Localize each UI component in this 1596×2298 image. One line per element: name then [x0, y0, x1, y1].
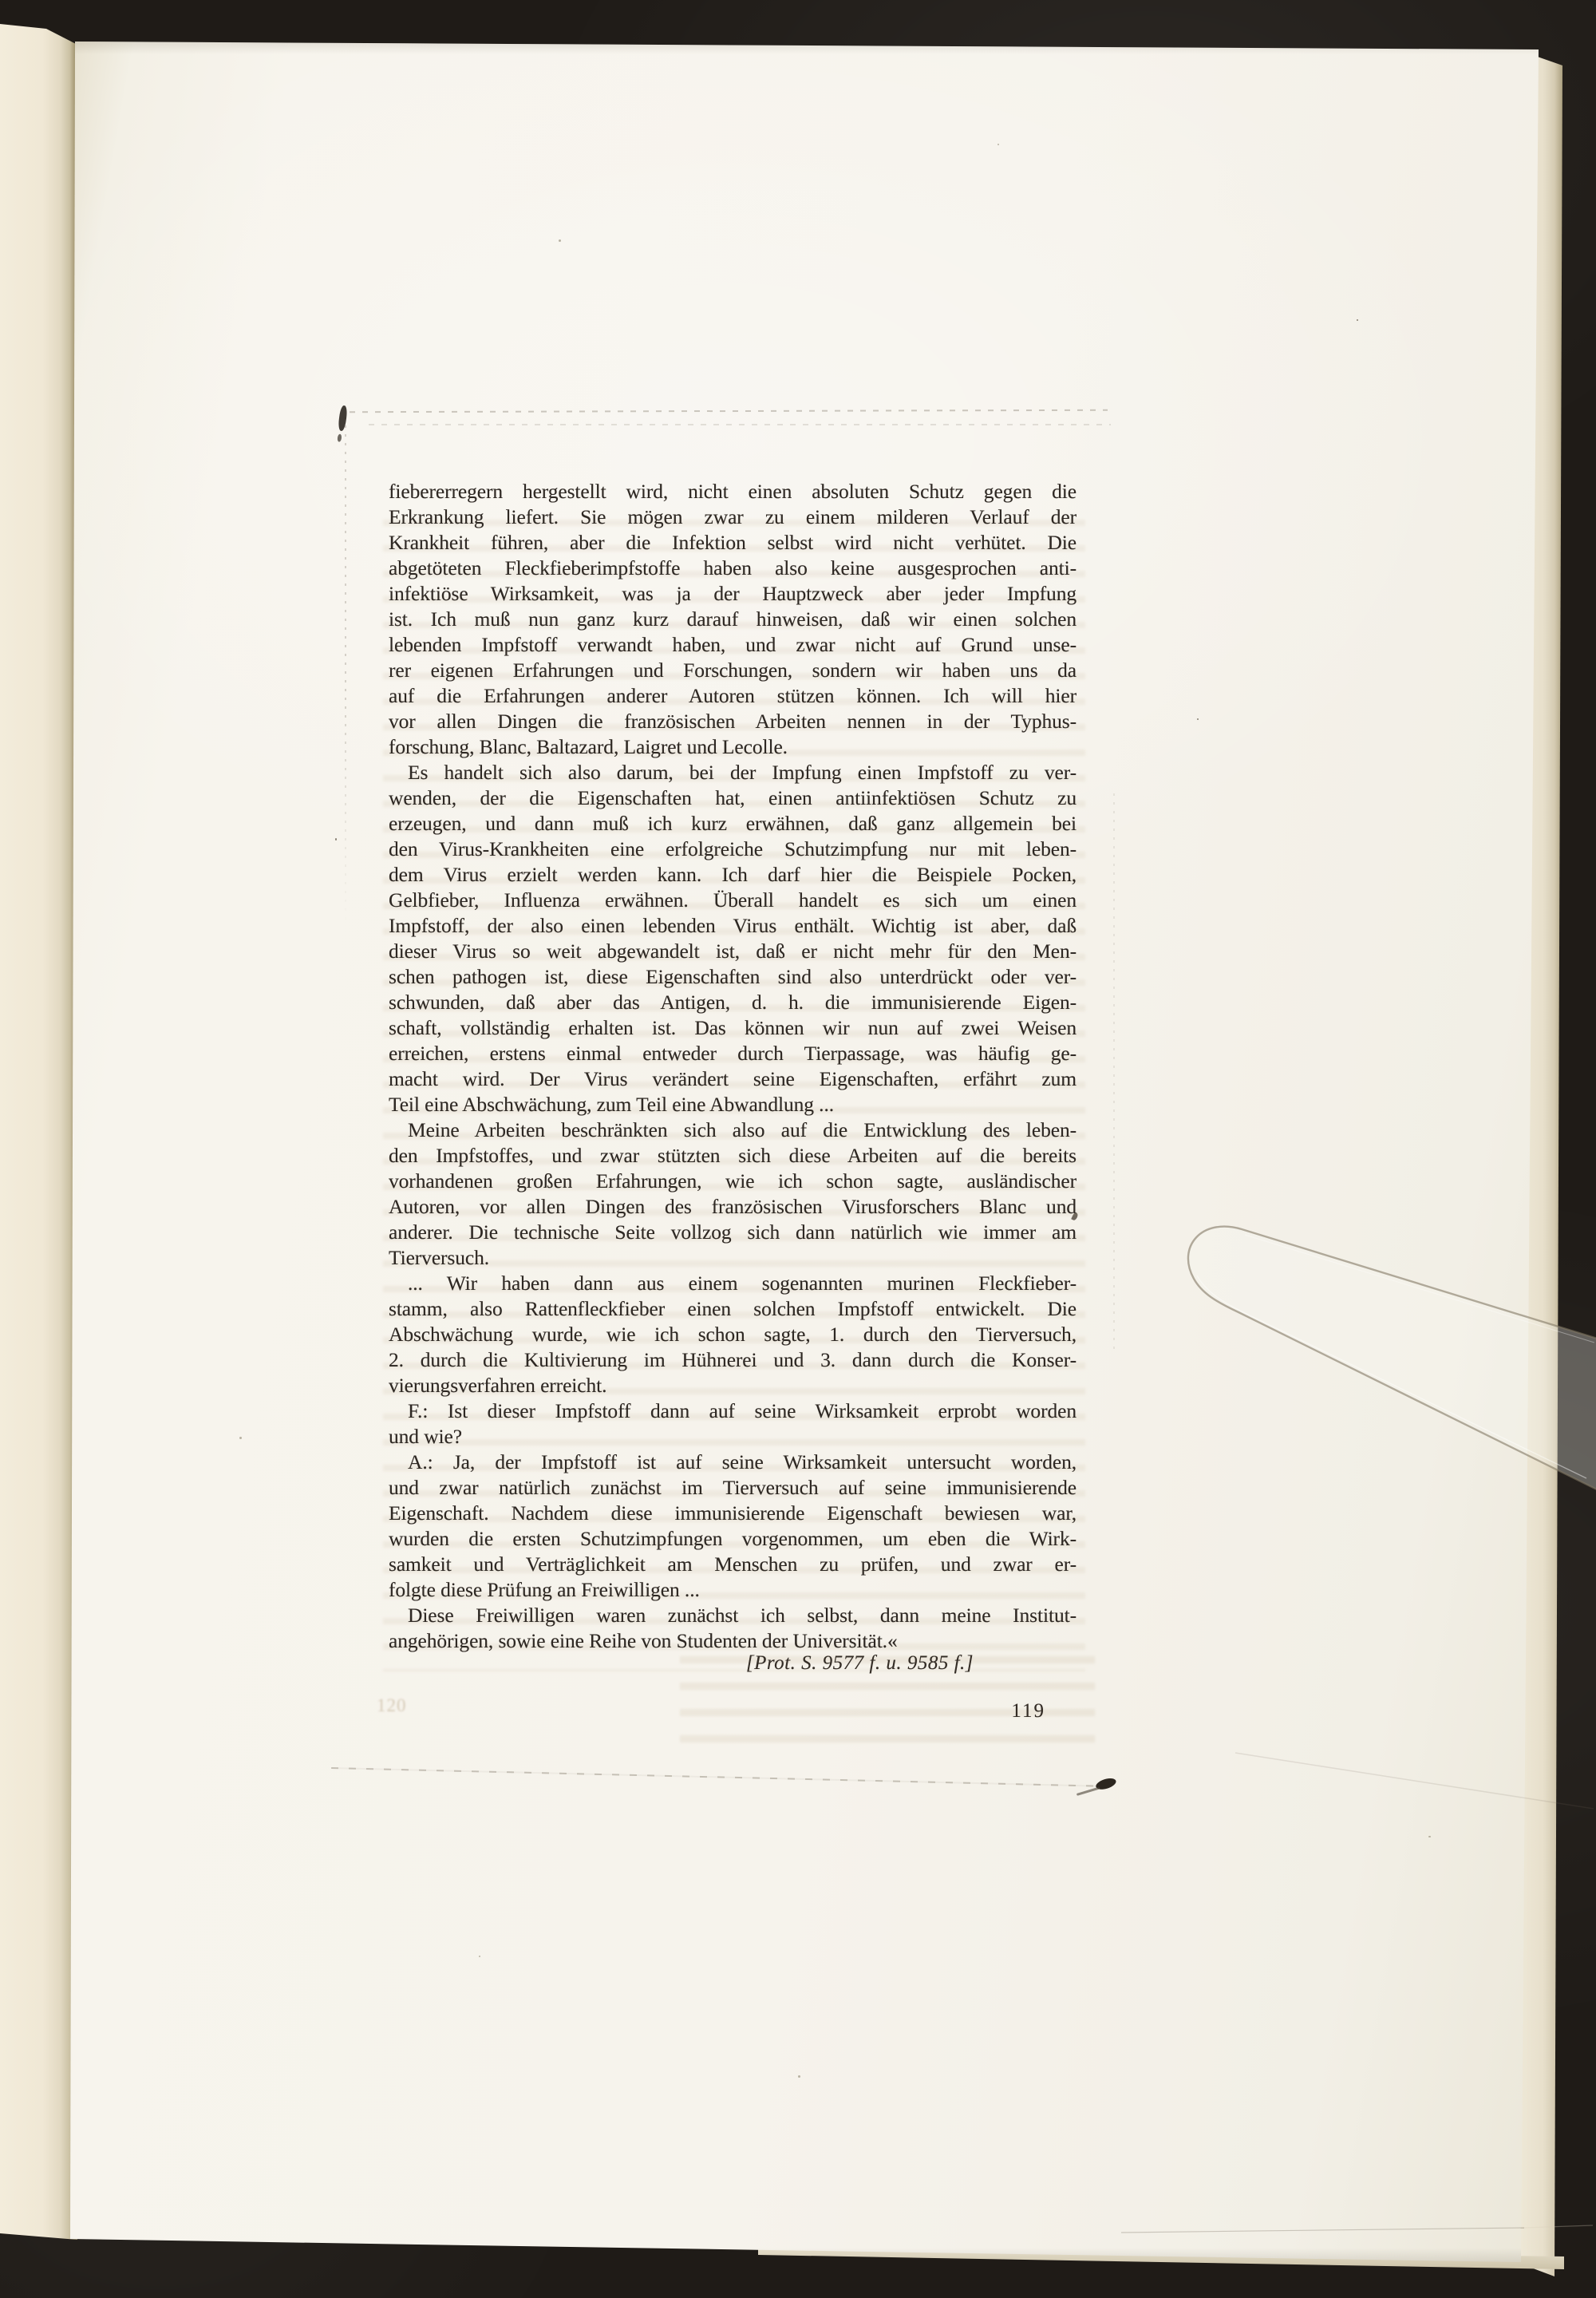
paper-speck — [798, 2075, 800, 2078]
text-line: Eigenschaft. Nachdem diese immunisierend… — [389, 1501, 1077, 1526]
text-line: 2. durch die Kultivierung im Hühnerei un… — [389, 1347, 1077, 1373]
text-line: ist. Ich muß nun ganz kurz darauf hinwei… — [389, 607, 1077, 632]
paper-speck — [1197, 718, 1199, 720]
facsimile-top-edge — [369, 424, 1111, 425]
text-line: Krankheit führen, aber die Infektion sel… — [389, 530, 1077, 556]
text-line: abgetöteten Fleckfieberimpfstoffe haben … — [389, 556, 1077, 581]
text-line: dieser Virus so weit abgewandelt ist, da… — [389, 939, 1077, 964]
text-line: auf die Erfahrungen anderer Autoren stüt… — [389, 683, 1077, 709]
text-line: und zwar natürlich zunächst im Tierversu… — [389, 1475, 1077, 1501]
paper-speck — [1428, 1836, 1431, 1837]
text-line: den Impfstoffes, und zwar stützten sich … — [389, 1143, 1077, 1169]
text-line: samkeit und Verträglichkeit am Menschen … — [389, 1552, 1077, 1577]
facsimile-top-edge — [350, 409, 1108, 413]
text-line: dem Virus erzielt werden kann. Ich darf … — [389, 862, 1077, 888]
facsimile-right-edge — [1113, 793, 1115, 1352]
ink-blot-bottom-right — [1095, 1776, 1117, 1791]
text-line: erzeugen, und dann muß ich kurz erwähnen… — [389, 811, 1077, 837]
ghost-page-number: 120 — [377, 1695, 407, 1716]
facsimile-left-edge — [345, 417, 346, 928]
paper-speck — [479, 1956, 480, 1957]
text-line: F.: Ist dieser Impfstoff dann auf seine … — [389, 1398, 1077, 1424]
text-line: Erkrankung liefert. Sie mögen zwar zu ei… — [389, 504, 1077, 530]
text-line: vorhandenen großen Erfahrungen, wie ich … — [389, 1169, 1077, 1194]
text-line: ... Wir haben dann aus einem sogenannten… — [389, 1271, 1077, 1296]
text-line: Es handelt sich also darum, bei der Impf… — [389, 760, 1077, 785]
text-line: A.: Ja, der Impfstoff ist auf seine Wirk… — [389, 1450, 1077, 1475]
text-line: folgte diese Prüfung an Freiwilligen ... — [389, 1577, 1077, 1603]
text-line: und wie? — [389, 1424, 1077, 1450]
text-line: forschung, Blanc, Baltazard, Laigret und… — [389, 734, 1077, 760]
text-line: Teil eine Abschwächung, zum Teil eine Ab… — [389, 1092, 1077, 1117]
text-line: Meine Arbeiten beschränkten sich also au… — [389, 1117, 1077, 1143]
paper-speck — [239, 1437, 242, 1439]
text-line: erreichen, erstens einmal entweder durch… — [389, 1041, 1077, 1066]
text-line: Gelbfieber, Influenza erwähnen. Überall … — [389, 888, 1077, 913]
text-line: Impfstoff, der also einen lebenden Virus… — [389, 913, 1077, 939]
text-line: infektiöse Wirksamkeit, was ja der Haupt… — [389, 581, 1077, 607]
text-line: Diese Freiwilligen waren zunächst ich se… — [389, 1603, 1077, 1628]
facsimile-bottom-line — [331, 1767, 1109, 1787]
text-line: Abschwächung wurde, wie ich schon sagte,… — [389, 1322, 1077, 1347]
paper-speck — [1357, 319, 1358, 321]
text-line: Autoren, vor allen Dingen des französisc… — [389, 1194, 1077, 1220]
text-line: vierungsverfahren erreicht. — [389, 1373, 1077, 1398]
text-line: fiebererregern hergestellt wird, nicht e… — [389, 479, 1077, 504]
text-line: stamm, also Rattenfleckfieber einen solc… — [389, 1296, 1077, 1322]
text-line: vor allen Dingen die französischen Arbei… — [389, 709, 1077, 734]
text-line: lebenden Impfstoff verwandt haben, und z… — [389, 632, 1077, 658]
text-line: wenden, der die Eigenschaften hat, einen… — [389, 785, 1077, 811]
text-line: wurden die ersten Schutzimpfungen vorgen… — [389, 1526, 1077, 1552]
text-line: angehörigen, sowie eine Reihe von Studen… — [389, 1628, 1077, 1654]
facsimile-bottom-edge — [331, 1766, 1129, 1798]
left-page-edge — [0, 0, 77, 2245]
book-photo: 120 fiebererregern hergestellt wird, nic… — [0, 0, 1596, 2298]
facsimile-inset: 120 fiebererregern hergestellt wird, nic… — [345, 410, 1120, 1839]
text-line: schen pathogen ist, diese Eigenschaften … — [389, 964, 1077, 990]
text-line: den Virus-Krankheiten eine erfolgreiche … — [389, 837, 1077, 862]
page-number: 119 — [1011, 1700, 1045, 1723]
paper-speck — [335, 838, 337, 840]
text-line: macht wird. Der Virus verändert seine Ei… — [389, 1066, 1077, 1092]
text-line: Tierversuch. — [389, 1245, 1077, 1271]
text-line: rer eigenen Erfahrungen und Forschungen,… — [389, 658, 1077, 683]
text-line: schaft, vollständig erhalten ist. Das kö… — [389, 1015, 1077, 1041]
book-page: 120 fiebererregern hergestellt wird, nic… — [70, 38, 1542, 2267]
body-text: fiebererregern hergestellt wird, nicht e… — [389, 479, 1077, 1654]
text-line: anderer. Die technische Seite vollzog si… — [389, 1220, 1077, 1245]
protocol-citation: [Prot. S. 9577 f. u. 9585 f.] — [746, 1652, 974, 1675]
paper-speck — [559, 239, 561, 242]
text-line: schwunden, daß aber das Antigen, d. h. d… — [389, 990, 1077, 1015]
paper-speck — [997, 144, 999, 145]
